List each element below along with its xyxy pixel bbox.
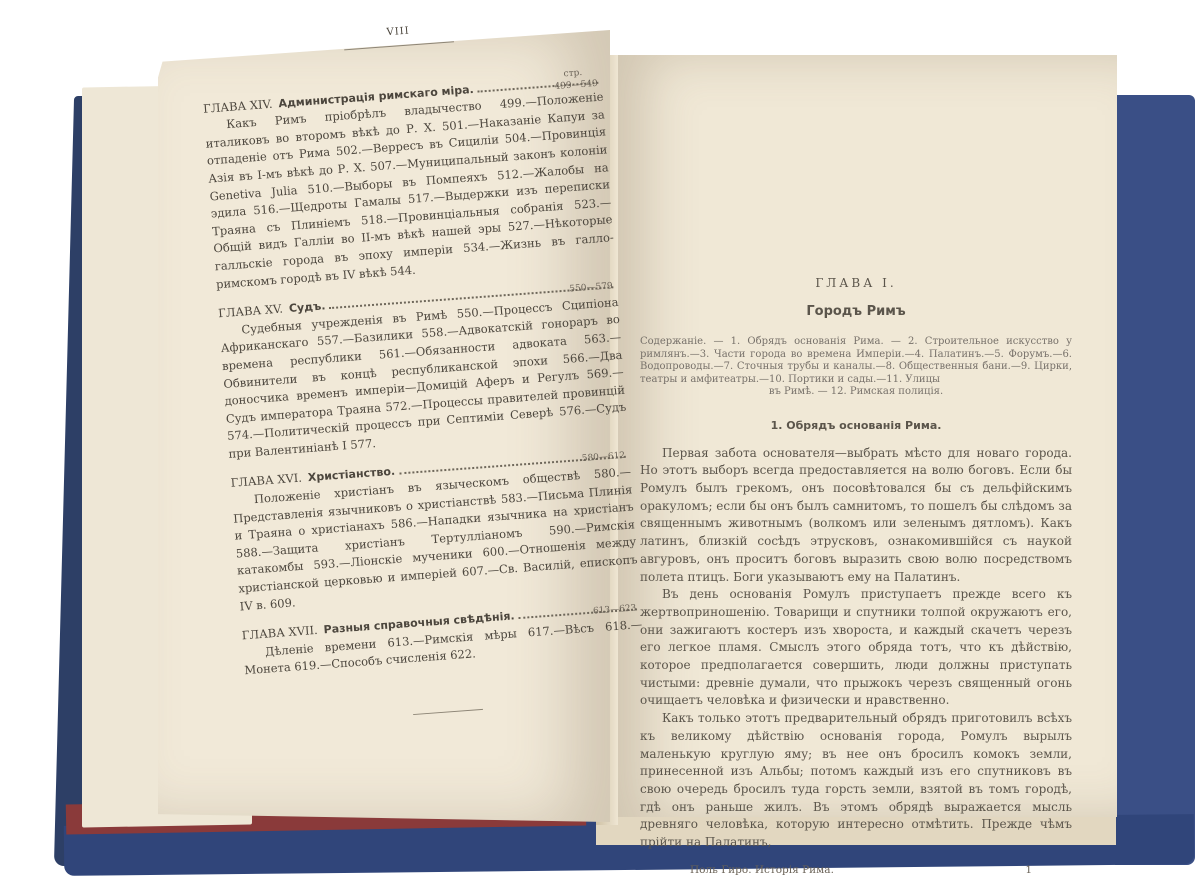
- page-folio: VIII: [198, 9, 598, 56]
- chapter-contents-summary: Содержаніе. — 1. Обрядъ основанія Рима. …: [640, 336, 1072, 399]
- left-page-content: VIII ГЛАВА XIV. Администрація римскаго м…: [198, 9, 648, 727]
- chapter-page-range: 580—612: [581, 448, 626, 469]
- chapter-title: Городъ Римъ: [640, 303, 1072, 321]
- section-title: 1. Обрядъ основанія Рима.: [640, 417, 1072, 435]
- right-page-content: ГЛАВА I. Городъ Римъ Содержаніе. — 1. Об…: [640, 275, 1072, 876]
- chapter-page-range: 499—549: [554, 75, 599, 96]
- book-cover-right: [1115, 95, 1195, 865]
- body-paragraph: Въ день основанія Ромулъ приступаетъ пре…: [640, 586, 1072, 710]
- page-footer: Поль Гиро. Исторія Рима. 1: [640, 862, 1072, 876]
- chapter-label: ГЛАВА I.: [640, 275, 1072, 293]
- running-footer-title: Поль Гиро. Исторія Рима.: [690, 862, 834, 876]
- body-paragraph: Первая забота основателя—выбрать мѣсто д…: [640, 445, 1072, 587]
- chapter-summary: Судебныя учрежденія въ Римѣ 550.—Процесс…: [219, 294, 628, 464]
- toc-chapter-16: ГЛАВА XVI. Христіанство. 580—612 Положен…: [230, 446, 639, 616]
- chapter-page-range: 550—579: [569, 278, 614, 299]
- chapter-page-range: 613—623: [593, 601, 638, 622]
- summary-last-line: въ Римѣ. — 12. Римская полиція.: [640, 386, 1072, 399]
- chapter-summary: Какъ Римъ пріобрѣлъ владычество 499.—Пол…: [204, 89, 616, 294]
- toc-chapter-14: ГЛАВА XIV. Администрація римскаго міра. …: [203, 71, 616, 293]
- toc-chapter-15: ГЛАВА XV. Судъ. 550—579 Судебныя учрежде…: [218, 276, 629, 463]
- page-number: 1: [1025, 862, 1032, 876]
- body-paragraph: Какъ только этотъ предварительный обрядъ…: [640, 710, 1072, 852]
- summary-text: Содержаніе. — 1. Обрядъ основанія Рима. …: [640, 336, 1072, 385]
